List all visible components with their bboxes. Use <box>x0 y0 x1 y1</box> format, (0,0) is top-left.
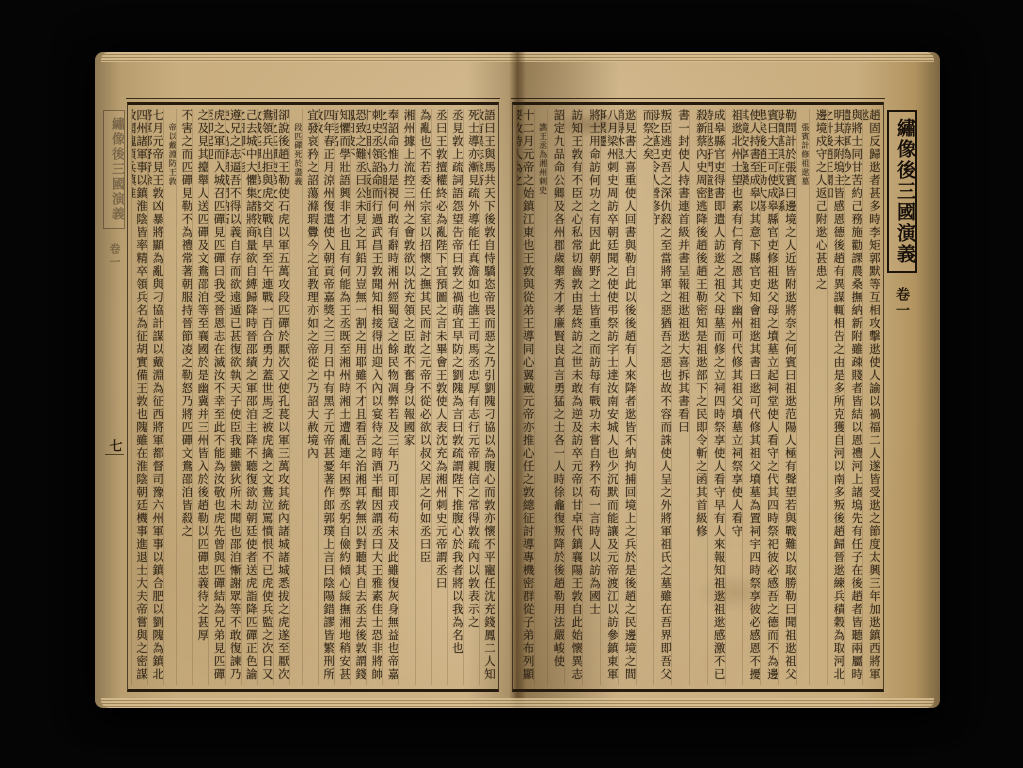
volume-label-faint: 卷一 <box>106 243 122 269</box>
photo-of-open-book: { "book": { "description": "open woodblo… <box>0 0 1023 768</box>
book-title-banner-faint: 繡像後三國演義 <box>103 110 125 229</box>
text-column: 語曰王與馬共天下後敦自恃驕恣帝畏而惡之乃引劉隗刁協以為腹心而敦亦懷不平寵任沈充錢… <box>479 109 495 685</box>
text-column: 四州諸軍事以鎮淮陰皆率精卒領兵名為征胡實備王敦也隗雖在淮陰朝廷機事進退士大夫帝嘗… <box>131 109 147 685</box>
text-column: 四年春正月涼州復遣使入朝貢帝嘉獎之三月日中有黑子元帝甚憂著作郎郭璞上言曰陰陽錯謬… <box>318 109 334 685</box>
text-column: 恐致之難丞曰公未見之耳鉛刀豈無一割之用耶雖不才且看吾之治湘耳敦無以對聽其自去丞去… <box>350 109 366 685</box>
text-column: 奉詔命惟力是視何敢有辭時湘州經蜀寇之餘民物凋弊若及三年乃可即戎苟未及此雖復灰身無… <box>382 109 398 685</box>
text-column: 十二月元帝之始鎮江東也王敦與從弟王導同心翼戴元帝亦推心任之敦總征討導專機密群從子… <box>516 109 534 685</box>
text-column: 賓曰大王可使成皋縣官吏修祖逖父母之墳墓立起祠堂使人看守之代其四時祭祀彼必感吾之德… <box>760 109 778 685</box>
text-column: 訪知王敦有不臣之心私常切齒敦由是終訪之世未敢為逆及訪卒元帝以甘卓代鎮襄陽王敦自此… <box>564 109 582 685</box>
text-column: 使人持書至成皋以其意下縣官吏知會祖逖其書曰逖可代修其祖父墳墓為置祠宇四時祭享彼必… <box>742 109 760 685</box>
text-column: 將士用命訪何功之有因此朝野之士皆重之而訪每有戰功未嘗自矜不苟一言時人以訪為國士 <box>582 109 600 685</box>
fold-strip-left: 繡像後三國演義 卷一 七 <box>101 110 127 710</box>
text-column: 為亂也不若委任宗室以招懷之撫其民而討之元帝不從必欲以叔父居之何如丞曰臣 <box>415 109 431 685</box>
text-column: 殺新蔡內史周密逃降後趙後趙王勒密知是祖逖部下之民即令斬之函其首級修 <box>689 109 707 685</box>
fold-strip-right: 繡像後三國演義 卷一 <box>885 110 919 710</box>
book-title-banner: 繡像後三國演義 <box>887 110 917 273</box>
text-column: 死士導亦漸見疏外導能任真澹如也譙王司馬丞忠厚有志行元帝親信之常得敦疏內以敦表示之 <box>463 109 479 685</box>
left-page: 語曰王與馬共天下後敦自恃驕恣帝畏而惡之乃引劉隗刁協以為腹心而敦亦懷不平寵任沈充錢… <box>127 102 499 692</box>
text-column: 己去城中大懼集諸將商量欲自縛歸降時晉邵績之軍邵洎主降不聽復欲劫朝廷使者送虎詣降匹… <box>241 109 257 685</box>
text-column: 丞曰王敦擅權終必為亂陛下宜預圖之言未畢會王敦使人表沈充為湘州刺史元帝謂丞曰 <box>431 109 447 685</box>
text-column: 湘州據上流控三州之會敦欲以沈充領之臣敢不奮身以報國家 <box>398 109 414 685</box>
text-column: 虎之軍而入城召匹磾見匹磾曰我受晉恩志在滅汝不幸至此不能為汝敬也虎先曾與匹磾結為兄… <box>208 109 224 685</box>
section-note-column: 譙王丞為湘州刺史 <box>534 109 547 685</box>
text-column: 詔定九品命公卿及各州郡歲舉秀才孝廉賢良直言勇猛之士各一人時徐龕復叛降於後趙勒用法… <box>547 109 565 685</box>
text-column: 書一封使人持書連首級并書呈報祖逖祖逖大喜拆其書看曰 <box>671 109 689 685</box>
text-column: 趙固反歸逖者甚多時李矩郭默等互相攻擊逖使人諭以禍福二人遂皆受逖之節度太興三年加逖… <box>862 109 880 685</box>
right-page-text: 趙固反歸逖者甚多時李矩郭默等互相攻擊逖使人諭以禍福二人遂皆受逖之節度太興三年加逖… <box>516 109 880 685</box>
text-column: 與將士同甘苦約己務施勸課農桑撫納新附雖疎賤者皆結以恩禮河上諸塢先有任子在後趙者皆… <box>844 109 862 685</box>
text-column: 遵兄之志逼吾不得以義自存而欲遠遁已甚復欲執天子使臣我雖蠻狄所未聞也邵洎慚謝眾等不… <box>225 109 241 685</box>
section-note-column: 張賓計修祖逖墓 <box>796 109 809 685</box>
text-column: 而祭之矣 <box>636 109 654 685</box>
text-column: 宜發哀矜之詔蕩滌瑕釁今之宜教理亦如之帝從之乃詔大赦境內 <box>302 109 318 685</box>
text-column: 之及見其擡舉人送匹磾及文鴦邵洎等至襄國於是幽冀并三州皆入於後趙勒以匹磾忠義待之甚… <box>192 109 208 685</box>
left-page-text: 語曰王與馬共天下後敦自恃驕恣帝畏而惡之乃引劉隗刁協以為腹心而敦亦懷不平寵任沈充錢… <box>131 109 495 685</box>
text-column: 勒問計於張賓曰邊境之人近皆附逖將奈之何賓曰祖逖范陽人極有聲望若與戰難以取勝勒曰聞… <box>778 109 796 685</box>
text-column: 丞見敦上疏詞語怨望告帝曰敦之禍萌宜早防之劉隗為言曰敦疏謂陛下推腹心於我者將以我為… <box>447 109 463 685</box>
right-page: 趙固反歸逖者甚多時李矩郭默等互相攻擊逖使人諭以禍福二人遂皆受逖之節度太興三年加逖… <box>512 102 884 692</box>
volume-label: 卷一 <box>892 287 912 319</box>
text-column: 八月梁州刺史周訪卒朝廷聞之使使弔祭訪字士達汝南安城人也少沉默而能讓及元帝渡江以訪… <box>600 109 618 685</box>
leaf-number: 七 <box>105 439 124 455</box>
text-column: 鴦領兵出拒與虎交戰自早至午連戰一百合勇力蓋世馬乏被虎擒之文鴦泣罵憤恨不已虎使兵監… <box>257 109 273 685</box>
text-column: 明其未附塢主皆感恩德後趙有異謀輒相告之由是多所克獲自河以南多叛後趙歸晉逖練兵積穀… <box>827 109 845 685</box>
text-column: 逖見書大喜重使人回書與勒自此以後後趙有人來降者逖皆不納拘捕回境上之兵於是後趙之民… <box>618 109 636 685</box>
text-column: 七月元帝見王敦凶暴將顯為亂與刁協計謀以戴淵為征西將軍都督司豫六州軍事以鎮合肥以劉… <box>147 109 163 685</box>
section-note-column: 帝以戴淵防王敦 <box>163 109 176 685</box>
text-column: 祖逖北州士望也素有仁育之恩其下幽州可代修其祖父墳墓立祠祭享使人看守 <box>725 109 743 685</box>
text-column: 卻說後趙王勒使石虎以軍五萬攻段匹磾於厭次又使孔萇以軍三萬攻其統內諸城諸城悉拔之虎… <box>273 109 289 685</box>
text-column: 不害之而匹磾見勒不為禮常著朝服持晉節凌之勒怒乃將匹磾文鴦邵洎皆殺之 <box>176 109 192 685</box>
text-column: 知懼而學壯語興非才也且有何能為王丞既至湘州時湘土遭亂連年困弊丞躬自儉約傾心綏撫湘… <box>334 109 350 685</box>
open-book: 語曰王與馬共天下後敦自恃驕恣帝畏而惡之乃引劉隗刁協以為腹心而敦亦懷不平寵任沈充錢… <box>95 52 940 708</box>
text-column: 叛臣逃吏吾之深仇殺之至當將軍之惡猶吾之惡也故不容而誅使人呈之外將軍祖氏之墓雖在吾… <box>653 109 671 685</box>
text-column: 成皋縣官吏得書即遣人訪逖之祖父母墓而修之立祠四時祭享使人看守早有人來報知祖逖祖逖… <box>707 109 725 685</box>
section-note-column: 段匹磾死於盡義 <box>289 109 302 685</box>
text-column: 邊境戍守之人返己附逖心甚患之 <box>809 109 827 685</box>
text-column: 刺史丞領詔命而行過武昌王敦聞知相接得出迎入內以宴待之時酒半酣因謂丞曰大王雅素佳士… <box>366 109 382 685</box>
